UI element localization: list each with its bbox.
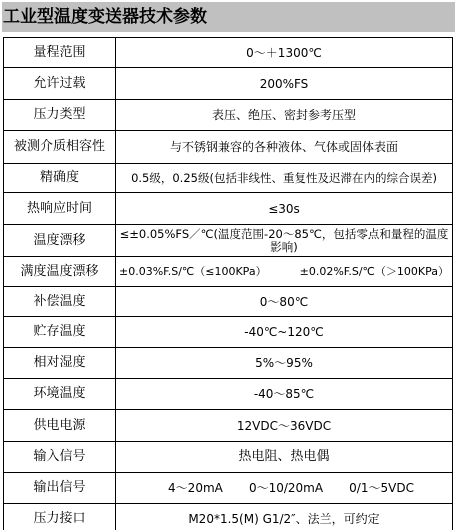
- param-value: ≤±0.05%FS／℃(温度范围-20～85℃，包括零点和量程的温度影响): [116, 225, 453, 257]
- param-value: 0～10/20mA: [249, 481, 323, 495]
- param-label: 被测介质相容性: [4, 131, 116, 164]
- param-label: 温度漂移: [4, 225, 116, 257]
- param-value: -40～85℃: [116, 379, 453, 410]
- value-group: ±0.03%F.S/℃（≤100KPa） ±0.02%F.S/℃（＞100KPa…: [117, 265, 451, 279]
- param-label: 输入信号: [4, 442, 116, 473]
- table-row: 相对湿度 5%～95%: [4, 348, 453, 379]
- param-value: 0～＋1300℃: [116, 38, 453, 68]
- param-label: 热响应时间: [4, 193, 116, 225]
- param-label: 压力接口: [4, 504, 116, 530]
- table-row: 输出信号 4～20mA 0～10/20mA 0/1～5VDC: [4, 473, 453, 504]
- param-label: 贮存温度: [4, 317, 116, 348]
- param-value: ≤30s: [116, 193, 453, 225]
- param-value: ±0.03%F.S/℃（≤100KPa）: [119, 265, 267, 279]
- spec-table: 量程范围 0～＋1300℃ 允许过载 200%FS 压力类型 表压、绝压、密封参…: [3, 37, 453, 530]
- table-row: 量程范围 0～＋1300℃: [4, 38, 453, 68]
- param-label: 补偿温度: [4, 287, 116, 317]
- param-value: -40℃~120℃: [116, 317, 453, 348]
- table-row: 贮存温度 -40℃~120℃: [4, 317, 453, 348]
- param-label: 相对湿度: [4, 348, 116, 379]
- param-value-group: ±0.03%F.S/℃（≤100KPa） ±0.02%F.S/℃（＞100KPa…: [116, 257, 453, 287]
- param-label: 精确度: [4, 164, 116, 193]
- param-value-group: 4～20mA 0～10/20mA 0/1～5VDC: [116, 473, 453, 504]
- param-label: 供电电源: [4, 410, 116, 442]
- table-row: 满度温度漂移 ±0.03%F.S/℃（≤100KPa） ±0.02%F.S/℃（…: [4, 257, 453, 287]
- table-row: 精确度 0.5级，0.25级(包括非线性、重复性及迟滞在内的综合误差): [4, 164, 453, 193]
- param-value: M20*1.5(M) G1/2″、法兰，可约定: [116, 504, 453, 530]
- table-row: 被测介质相容性 与不锈钢兼容的各种液体、气体或固体表面: [4, 131, 453, 164]
- table-row: 环境温度 -40～85℃: [4, 379, 453, 410]
- table-row: 热响应时间 ≤30s: [4, 193, 453, 225]
- param-label: 量程范围: [4, 38, 116, 68]
- param-value: 0/1～5VDC: [349, 481, 414, 495]
- param-value: 表压、绝压、密封参考压型: [116, 100, 453, 131]
- param-label: 允许过载: [4, 68, 116, 100]
- param-value: 5%～95%: [116, 348, 453, 379]
- param-label: 压力类型: [4, 100, 116, 131]
- table-row: 补偿温度 0～80℃: [4, 287, 453, 317]
- table-row: 温度漂移 ≤±0.05%FS／℃(温度范围-20～85℃，包括零点和量程的温度影…: [4, 225, 453, 257]
- param-value: 0～80℃: [116, 287, 453, 317]
- param-value: 0.5级，0.25级(包括非线性、重复性及迟滞在内的综合误差): [116, 164, 453, 193]
- table-row: 输入信号 热电阻、热电偶: [4, 442, 453, 473]
- page-title: 工业型温度变送器技术参数: [2, 2, 455, 32]
- table-row: 允许过载 200%FS: [4, 68, 453, 100]
- param-value: ±0.02%F.S/℃（＞100KPa）: [300, 265, 449, 279]
- param-value: 200%FS: [116, 68, 453, 100]
- table-row: 压力接口 M20*1.5(M) G1/2″、法兰，可约定: [4, 504, 453, 530]
- param-value: 4～20mA: [168, 481, 223, 495]
- param-label: 输出信号: [4, 473, 116, 504]
- param-label: 满度温度漂移: [4, 257, 116, 287]
- param-value: 热电阻、热电偶: [116, 442, 453, 473]
- value-group: 4～20mA 0～10/20mA 0/1～5VDC: [119, 481, 449, 495]
- param-value: 与不锈钢兼容的各种液体、气体或固体表面: [116, 131, 453, 164]
- table-row: 压力类型 表压、绝压、密封参考压型: [4, 100, 453, 131]
- param-value: 12VDC～36VDC: [116, 410, 453, 442]
- table-row: 供电电源 12VDC～36VDC: [4, 410, 453, 442]
- param-label: 环境温度: [4, 379, 116, 410]
